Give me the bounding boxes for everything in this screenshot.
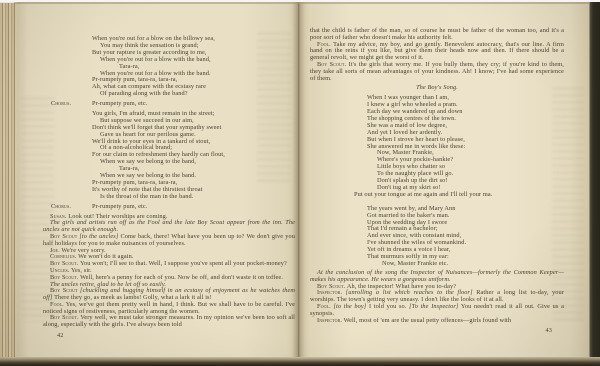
speech-text: Take my advice, my boy, and go gently. B…: [310, 41, 564, 62]
chorus-label: Chorus.: [51, 204, 71, 211]
continued-paragraph: that the child is father of the man, so …: [310, 28, 564, 42]
bottom-page-edges: [0, 357, 600, 366]
song-verse-1: When you're out for a blow on the billow…: [43, 36, 295, 98]
speech-fool-2: Fool. [to the boy] I told you so. [To th…: [310, 304, 564, 318]
book-photo: When you're out for a blow on the billow…: [0, 0, 600, 366]
speech-fool-1: Fool. Yes, we've got them pretty well in…: [43, 302, 295, 316]
verse-line: Put out your tongue at me again and I'll…: [354, 192, 564, 199]
speech-inspector-1: Inspector. [unrolling a list which reach…: [310, 290, 564, 304]
verse-line: Now, Master Frankie etc.: [382, 261, 564, 268]
speech-fool-1: Fool. Take my advice, my boy, and go gen…: [310, 42, 564, 62]
verse-line: Of parading along with the band?: [100, 91, 295, 98]
speech-boy-scout-4: Boy Scout [chuckling and hugging himself…: [43, 288, 295, 302]
page-number-left: 42: [57, 333, 295, 340]
speech-text: Well, most of 'em are the usual petty of…: [344, 317, 512, 324]
speech-text: Well, here's a penny for each of you. No…: [80, 274, 283, 281]
boys-song-verse-2: The years went by, and Mary Ann Got marr…: [310, 206, 564, 268]
cover-edge-right: [587, 2, 600, 362]
stage-direction: At the conclusion of the song the Inspec…: [310, 270, 564, 284]
book-spread: When you're out for a blow on the billow…: [0, 2, 600, 366]
chorus-text: Pr-rumpety pum, etc.: [92, 100, 147, 107]
speech-text: It's the girls that worry me. If you bul…: [310, 61, 564, 82]
stage-direction-inline: [To the Inspector]: [409, 303, 458, 310]
right-page-text: that the child is father of the man, so …: [310, 28, 564, 335]
page-top-edge: [14, 2, 590, 4]
speech-boy-scout-1: Boy Scout [to the uncles] Come back, the…: [43, 234, 295, 248]
song-title: The Boy's Song.: [310, 85, 564, 92]
song-verse-2: You girls, I'm afraid, must remain in th…: [43, 111, 295, 201]
speaker-name: Boy Scout.: [50, 274, 79, 281]
stage-direction-inline: [to the boy]: [333, 303, 366, 310]
page-number-right: 43: [310, 328, 564, 335]
verse-line: Is the throat of the man in the band.: [100, 194, 295, 201]
speech-boy-scout-5: Boy Scout. Very well, we must take stron…: [43, 315, 295, 329]
speech-text: Very well, we must take stronger measure…: [43, 314, 295, 328]
boys-song-verse-1: When I was younger than I am, I knew a g…: [310, 95, 564, 199]
speech-text: You won't; I'll see to that. Well, I sup…: [80, 260, 287, 267]
speech-boy-scout-1: Boy Scout. It's the girls that worry me.…: [310, 62, 564, 82]
speaker-name: Inspector.: [317, 317, 342, 324]
fore-edge-left: [0, 3, 17, 358]
chorus-row: Chorus.Pr-rumpety pum, etc.: [43, 101, 295, 108]
speech-text: I told you so.: [369, 303, 407, 310]
chorus-label: Chorus.: [51, 101, 71, 108]
left-page-text: When you're out for a blow on the billow…: [43, 35, 295, 340]
speech-text: Yes, we've got them pretty well in hand,…: [43, 301, 295, 315]
stage-direction: The girls and artists run off as the Foo…: [43, 220, 295, 234]
chorus-text: Pr-rumpety pum, etc.: [92, 203, 147, 210]
speech-inspector-2: Inspector. Well, most of 'em are the usu…: [310, 318, 564, 325]
chorus-row: Chorus.Pr-rumpety pum, etc.: [43, 204, 295, 211]
